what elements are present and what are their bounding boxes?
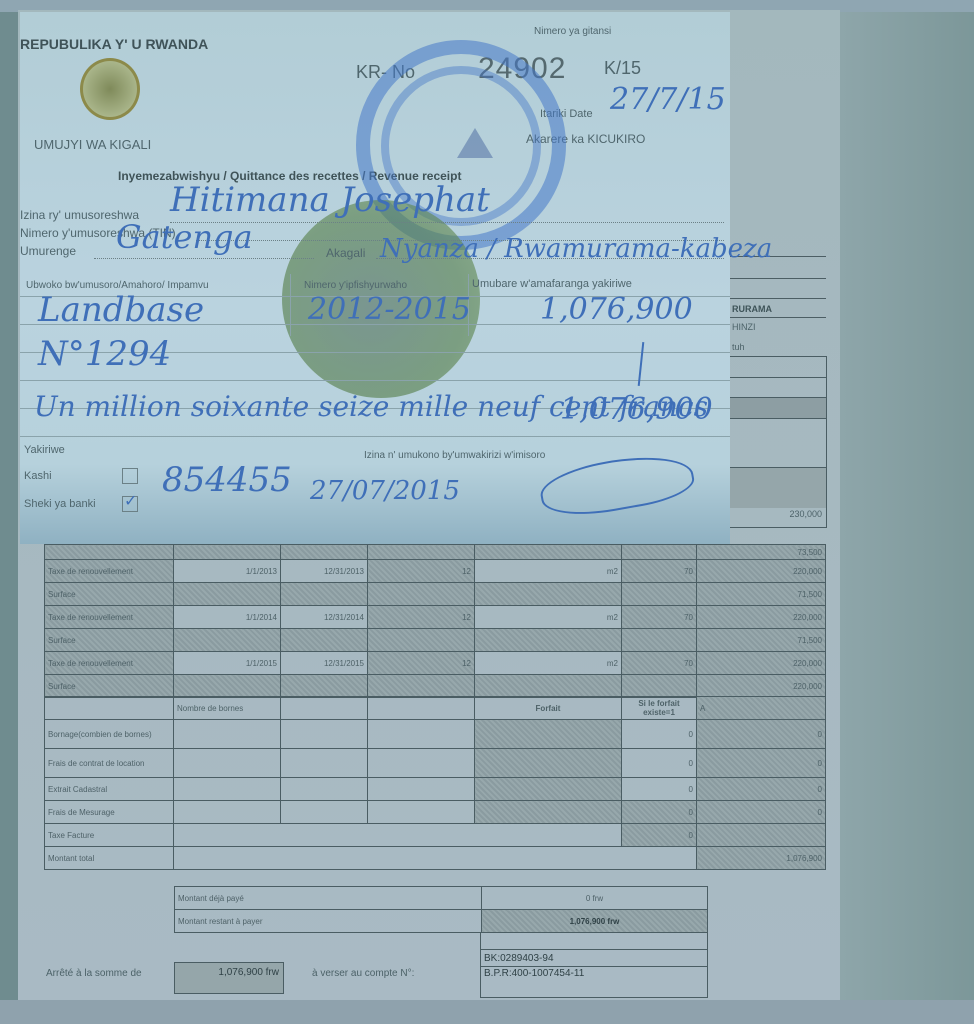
cheque-number: 854455 xyxy=(162,460,292,500)
fee-flag: 0 xyxy=(622,801,697,824)
end-date: 12/31/2013 xyxy=(281,560,368,583)
table-cell xyxy=(281,583,368,606)
rwanda-emblem-icon xyxy=(80,58,140,120)
start-date: 1/1/2013 xyxy=(174,560,281,583)
table-cell xyxy=(174,545,281,560)
sheet-value: 230,000 xyxy=(789,509,822,519)
photo-background xyxy=(840,12,974,1000)
column-header: Forfait xyxy=(475,697,622,720)
table-cell xyxy=(281,629,368,652)
table-row: Taxe de renouvellement 1/1/2015 12/31/20… xyxy=(45,652,826,675)
table-cell xyxy=(281,749,368,778)
table-cell xyxy=(475,629,622,652)
revenue-receipt: REPUBULIKA Y' U RWANDA UMUJYI WA KIGALI … xyxy=(20,12,730,544)
payment-date: 27/07/2015 xyxy=(310,476,460,506)
table-cell xyxy=(174,720,281,749)
check-mark-icon: ✓ xyxy=(124,491,137,511)
city-name: UMUJYI WA KIGALI xyxy=(34,137,151,152)
row-label: Taxe de renouvellement xyxy=(45,652,174,675)
table-row: Taxe de renouvellement 1/1/2013 12/31/20… xyxy=(45,560,826,583)
table-row: Surface 71,500 xyxy=(45,629,826,652)
cash-checkbox[interactable] xyxy=(122,468,138,484)
fees-table: Nombre de bornes Forfait Si le forfait e… xyxy=(44,696,826,870)
cash-label: Kashi xyxy=(24,470,52,482)
table-cell xyxy=(622,545,697,560)
rate: 70 xyxy=(622,560,697,583)
sub-amount: 71,500 xyxy=(697,629,826,652)
table-cell xyxy=(174,824,622,847)
remaining-value: 1,076,900 frw xyxy=(482,910,708,933)
table-row: Taxe Facture 0 xyxy=(45,824,826,847)
table-cell xyxy=(622,583,697,606)
table-cell xyxy=(475,749,622,778)
row-label: Taxe de renouvellement xyxy=(45,560,174,583)
table-cell xyxy=(368,583,475,606)
table-header-row: Nombre de bornes Forfait Si le forfait e… xyxy=(45,697,826,720)
months: 12 xyxy=(368,560,475,583)
fee-flag: 0 xyxy=(622,778,697,801)
table-cell xyxy=(174,749,281,778)
sheet-header-fragment: HINZI xyxy=(732,322,756,332)
sheet-header-fragment: tuh xyxy=(732,342,745,352)
table-row: Bornage(combien de bornes) 0 0 xyxy=(45,720,826,749)
remaining-label: Montant restant à payer xyxy=(175,910,482,933)
table-cell xyxy=(622,629,697,652)
amount: 220,000 xyxy=(697,606,826,629)
table-cell xyxy=(368,629,475,652)
country-heading: REPUBULIKA Y' U RWANDA xyxy=(20,36,208,52)
table-cell xyxy=(368,749,475,778)
divider xyxy=(730,317,826,318)
row-label: Surface xyxy=(45,675,174,698)
divider xyxy=(730,298,826,299)
row-label: Surface xyxy=(45,583,174,606)
handwritten-date: 27/7/15 xyxy=(610,82,726,117)
column-header: Si le forfait existe=1 xyxy=(622,697,697,720)
table-row: Montant total 1,076,900 xyxy=(45,847,826,870)
line-item-tax-type: Landbase N°1294 xyxy=(38,288,298,376)
rate: 70 xyxy=(622,652,697,675)
unit: m2 xyxy=(475,560,622,583)
row-label: Taxe de renouvellement xyxy=(45,606,174,629)
fee-flag: 0 xyxy=(622,720,697,749)
invoice-number-label: Nimero ya gitansi xyxy=(534,26,611,37)
table-cell xyxy=(281,778,368,801)
fee-flag: 0 xyxy=(622,749,697,778)
stamp-emblem-icon xyxy=(457,128,493,158)
total-value: 1,076,900 xyxy=(697,847,826,870)
table-cell xyxy=(475,583,622,606)
account-label: à verser au compte N°: xyxy=(312,968,414,979)
table-cell xyxy=(368,778,475,801)
cheque-label: Sheki ya banki xyxy=(24,498,96,510)
column-period: Nimero y'ipfishyurwaho xyxy=(304,280,407,291)
table-cell xyxy=(174,629,281,652)
sheet-right-box: 230,000 xyxy=(730,356,827,528)
sheet-header-fragment: RURAMA xyxy=(732,304,772,314)
table-cell xyxy=(281,545,368,560)
fee-value: 0 xyxy=(697,749,826,778)
table-cell xyxy=(368,675,475,698)
sector-label: Umurenge xyxy=(20,244,76,258)
table-cell xyxy=(368,720,475,749)
table-cell: 73,500 xyxy=(697,545,826,560)
months: 12 xyxy=(368,652,475,675)
table-cell xyxy=(174,847,697,870)
table-cell xyxy=(368,697,475,720)
sub-amount: 220,000 xyxy=(697,675,826,698)
fee-label: Frais de Mesurage xyxy=(45,801,174,824)
signature-label: Izina n' umukono by'umwakirizi w'imisoro xyxy=(364,450,545,461)
sum-box: 1,076,900 frw xyxy=(174,962,284,994)
fee-label: Bornage(combien de bornes) xyxy=(45,720,174,749)
ruled-line xyxy=(20,380,730,381)
table-cell xyxy=(622,675,697,698)
period-table: 73,500 Taxe de renouvellement 1/1/2013 1… xyxy=(44,544,826,698)
bank-account-bk: BK:0289403-94 xyxy=(481,950,708,967)
column-header: Nombre de bornes xyxy=(174,697,281,720)
end-date: 12/31/2014 xyxy=(281,606,368,629)
dotted-line xyxy=(170,222,724,223)
table-cell xyxy=(281,697,368,720)
taxpayer-name-value: Hitimana Josephat xyxy=(170,180,490,220)
fee-label: Extrait Cadastral xyxy=(45,778,174,801)
sum-label: Arrêté à la somme de xyxy=(46,968,158,979)
table-cell xyxy=(174,583,281,606)
table-cell xyxy=(45,545,174,560)
column-amount: Umubare w'amafaranga yakiriwe xyxy=(472,278,632,290)
table-cell xyxy=(697,824,826,847)
table-row: Surface 71,500 xyxy=(45,583,826,606)
row-label: Surface xyxy=(45,629,174,652)
start-date: 1/1/2015 xyxy=(174,652,281,675)
ruled-line xyxy=(20,436,730,437)
cell-label: Akagali xyxy=(326,246,365,260)
fee-value: 0 xyxy=(697,778,826,801)
table-cell xyxy=(475,675,622,698)
end-date: 12/31/2015 xyxy=(281,652,368,675)
table-cell xyxy=(45,697,174,720)
table-row: Surface 220,000 xyxy=(45,675,826,698)
fee-label: Taxe Facture xyxy=(45,824,174,847)
signature-icon xyxy=(537,447,697,523)
sum-value: 1,076,900 frw xyxy=(218,967,279,978)
unit: m2 xyxy=(475,606,622,629)
months: 12 xyxy=(368,606,475,629)
receipt-series: K/15 xyxy=(604,58,641,79)
table-row: Montant déjà payé 0 frw xyxy=(175,887,708,910)
fee-label: Frais de contrat de location xyxy=(45,749,174,778)
table-row: Montant restant à payer 1,076,900 frw xyxy=(175,910,708,933)
column-header: A xyxy=(697,697,826,720)
total-amount: 1,076,900 xyxy=(560,392,713,427)
table-row: Frais de contrat de location 0 0 xyxy=(45,749,826,778)
table-row: Taxe de renouvellement 1/1/2014 12/31/20… xyxy=(45,606,826,629)
sub-amount: 71,500 xyxy=(697,583,826,606)
table-cell xyxy=(475,778,622,801)
table-cell xyxy=(174,801,281,824)
table-cell xyxy=(475,545,622,560)
table-cell xyxy=(475,720,622,749)
start-date: 1/1/2014 xyxy=(174,606,281,629)
amount: 220,000 xyxy=(697,652,826,675)
table-row: Frais de Mesurage 0 0 xyxy=(45,801,826,824)
table-cell xyxy=(475,801,622,824)
sector-value: Gatenga xyxy=(116,218,253,256)
table-cell xyxy=(481,933,708,950)
table-cell xyxy=(281,801,368,824)
unit: m2 xyxy=(475,652,622,675)
paid-label: Montant déjà payé xyxy=(175,887,482,910)
table-cell xyxy=(174,675,281,698)
photo-bottom-edge xyxy=(0,1000,974,1024)
bank-accounts-table: BK:0289403-94 B.P.R:400-1007454-11 xyxy=(480,932,708,998)
table-cell xyxy=(281,720,368,749)
fee-label: Montant total xyxy=(45,847,174,870)
table-cell xyxy=(368,545,475,560)
fee-value: 0 xyxy=(697,801,826,824)
payment-summary-table: Montant déjà payé 0 frw Montant restant … xyxy=(174,886,708,933)
cell-value: Nyanza / Rwamurama-kabeza xyxy=(380,234,772,264)
table-cell xyxy=(174,778,281,801)
rate: 70 xyxy=(622,606,697,629)
table-cell xyxy=(368,801,475,824)
fee-flag: 0 xyxy=(622,824,697,847)
line-item-amount: 1,076,900 xyxy=(540,292,693,327)
amount: 220,000 xyxy=(697,560,826,583)
dotted-line xyxy=(94,258,314,259)
received-label: Yakiriwe xyxy=(24,444,65,456)
divider xyxy=(730,278,826,279)
paid-value: 0 frw xyxy=(482,887,708,910)
fee-value: 0 xyxy=(697,720,826,749)
bank-account-bpr: B.P.R:400-1007454-11 xyxy=(481,967,708,998)
cheque-checkbox[interactable]: ✓ xyxy=(122,496,138,512)
table-cell xyxy=(281,675,368,698)
line-item-period: 2012-2015 xyxy=(308,292,471,327)
table-row: Extrait Cadastral 0 0 xyxy=(45,778,826,801)
